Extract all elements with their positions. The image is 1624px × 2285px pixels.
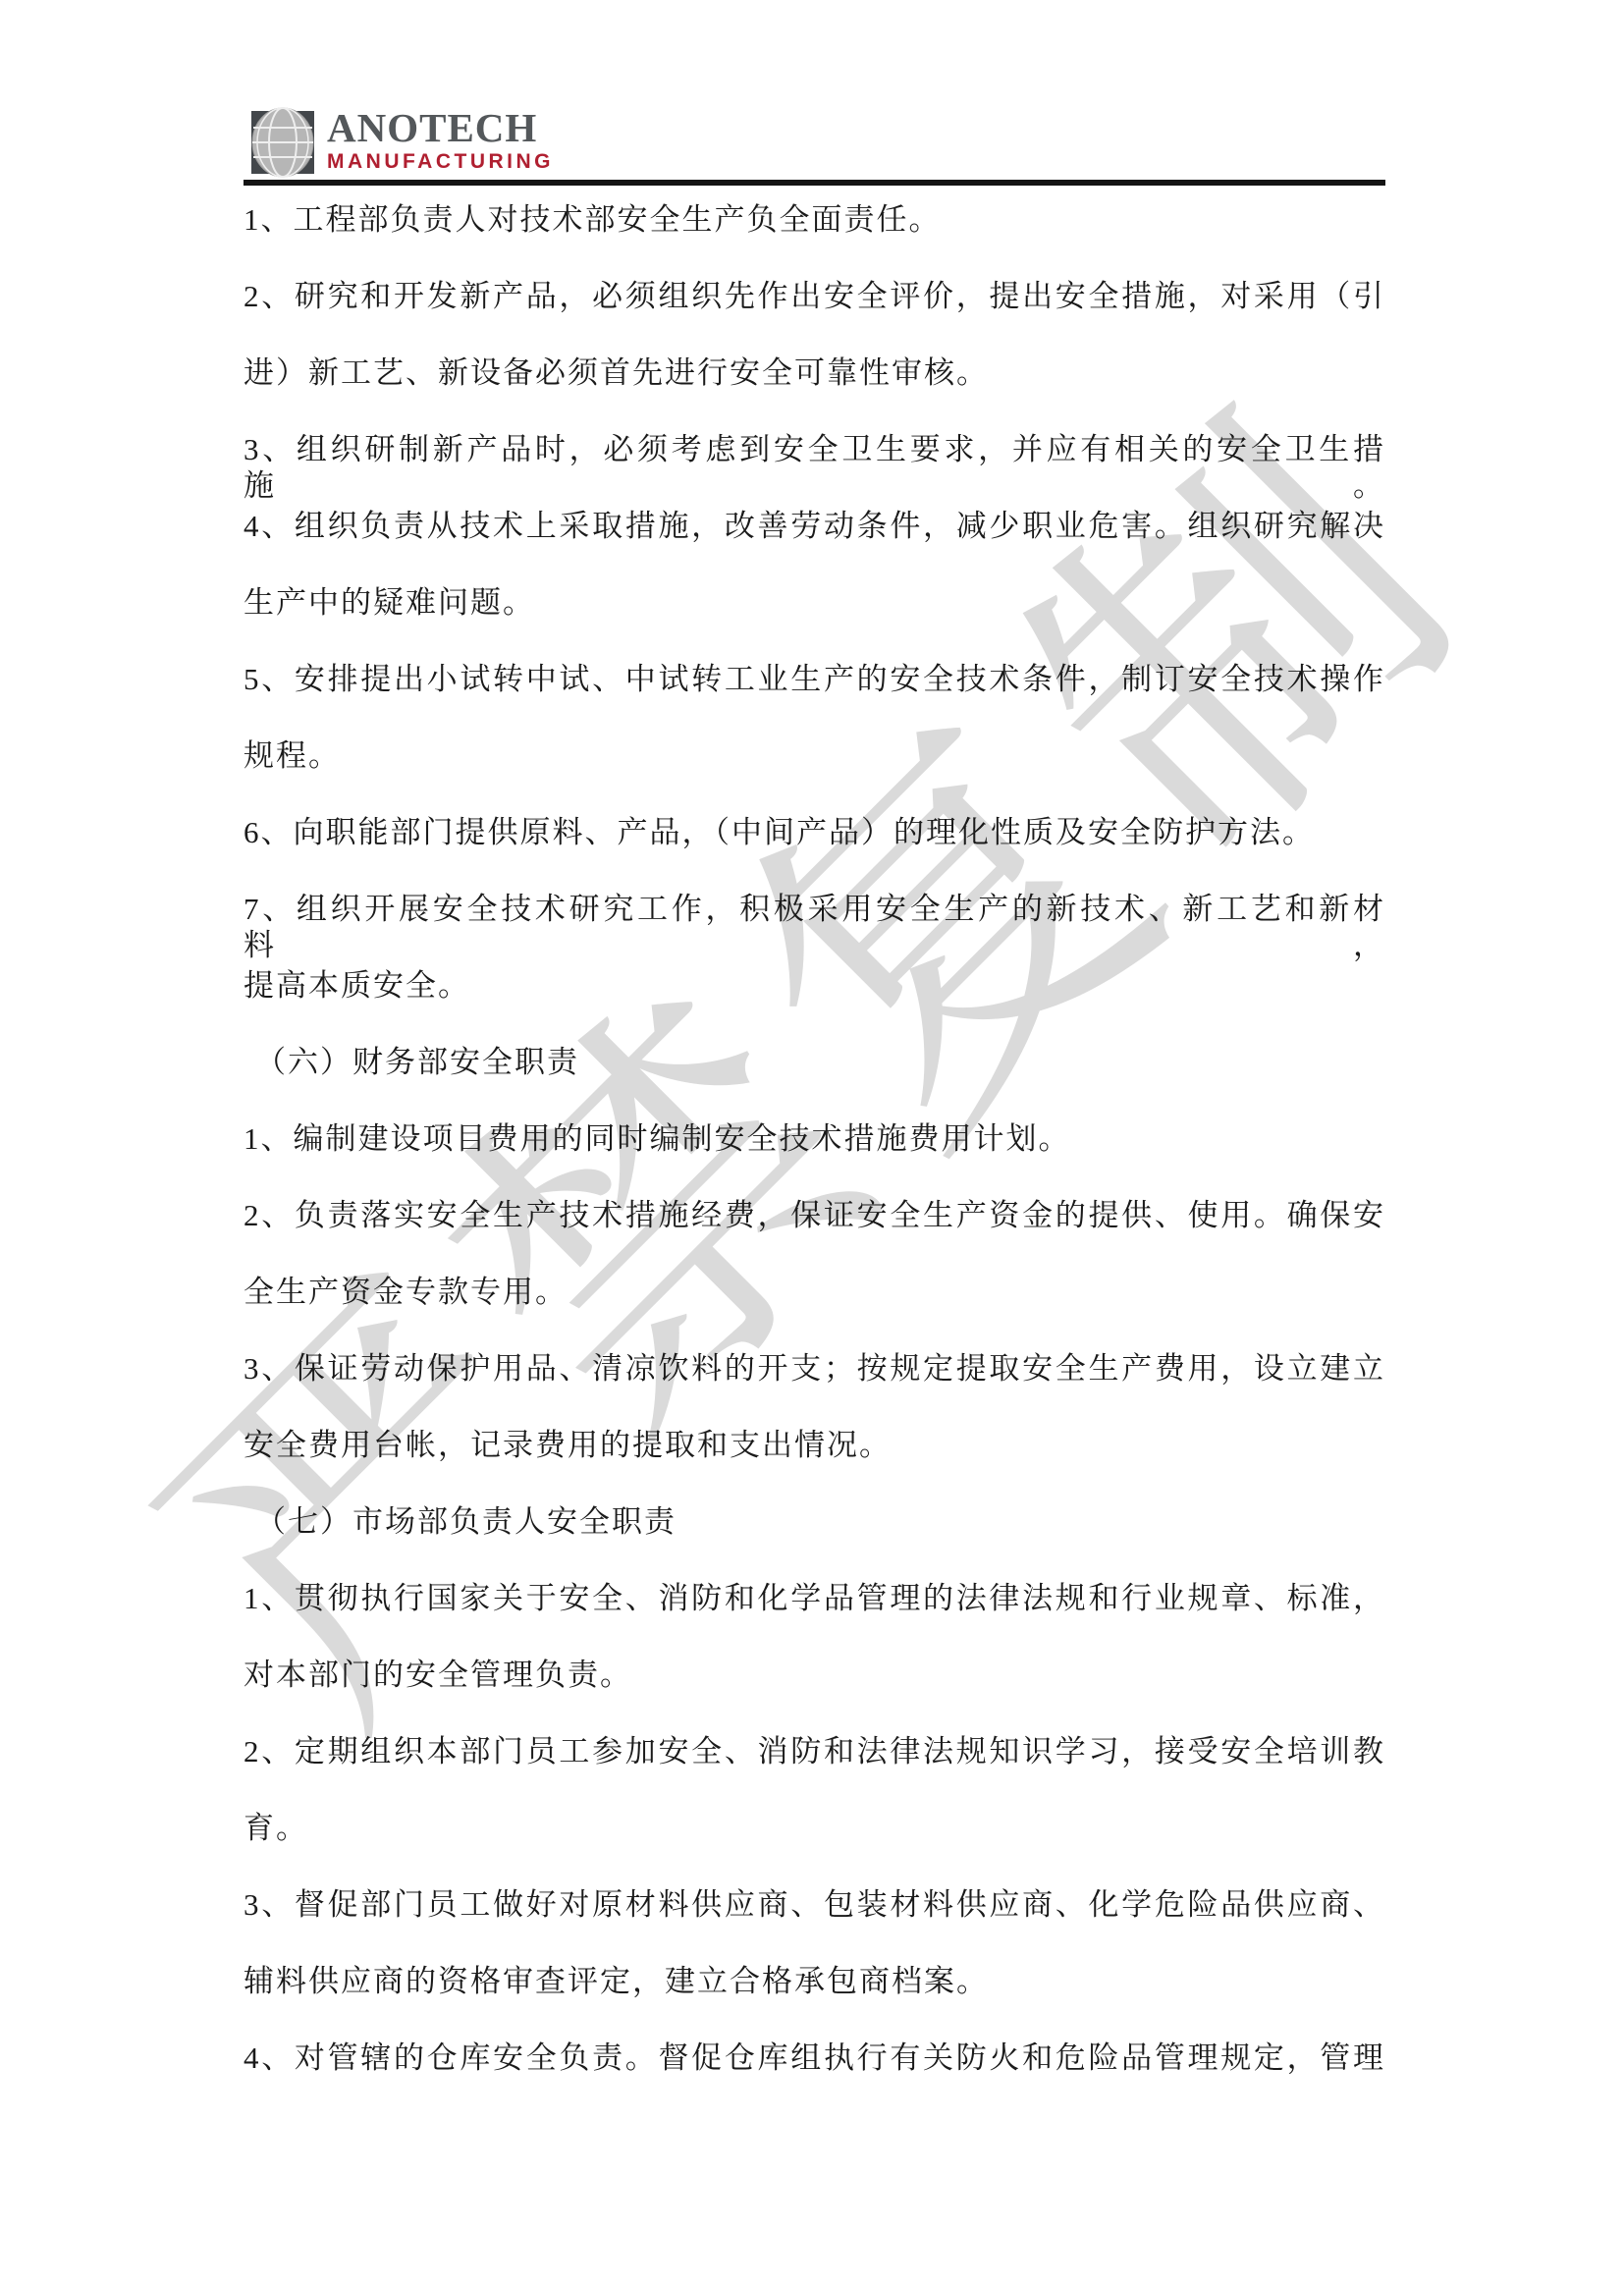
- document-line: 2、研究和开发新产品，必须组织先作出安全评价，提出安全措施，对采用（引: [244, 278, 1385, 354]
- document-line: （六）财务部安全职责: [244, 1044, 1385, 1120]
- document-body: 1、工程部负责人对技术部安全生产负全面责任。2、研究和开发新产品，必须组织先作出…: [244, 201, 1385, 2116]
- globe-grid-icon: [250, 106, 317, 179]
- document-line: 1、贯彻执行国家关于安全、消防和化学品管理的法律法规和行业规章、标准，: [244, 1580, 1385, 1657]
- document-line: 辅料供应商的资格审查评定，建立合格承包商档案。: [244, 1963, 1385, 2040]
- document-line: （七）市场部负责人安全职责: [244, 1503, 1385, 1580]
- document-line: 全生产资金专款专用。: [244, 1274, 1385, 1350]
- document-line: 生产中的疑难问题。: [244, 584, 1385, 661]
- document-line: 4、组织负责从技术上采取措施，改善劳动条件，减少职业危害。组织研究解决: [244, 508, 1385, 584]
- document-line: 7、组织开展安全技术研究工作，积极采用安全生产的新技术、新工艺和新材料，: [244, 891, 1385, 967]
- document-line: 育。: [244, 1810, 1385, 1886]
- logo-text: ANOTECH MANUFACTURING: [327, 106, 554, 174]
- document-line: 提高本质安全。: [244, 967, 1385, 1044]
- document-line: 安全费用台帐，记录费用的提取和支出情况。: [244, 1427, 1385, 1503]
- header-rule-divider: [244, 180, 1385, 186]
- document-line: 进）新工艺、新设备必须首先进行安全可靠性审核。: [244, 354, 1385, 431]
- document-line: 1、工程部负责人对技术部安全生产负全面责任。: [244, 201, 1385, 278]
- brand-name: ANOTECH: [327, 106, 554, 149]
- document-line: 3、组织研制新产品时，必须考虑到安全卫生要求，并应有相关的安全卫生措施。: [244, 431, 1385, 508]
- brand-tagline: MANUFACTURING: [327, 150, 554, 174]
- document-line: 对本部门的安全管理负责。: [244, 1657, 1385, 1733]
- document-line: 3、督促部门员工做好对原材料供应商、包装材料供应商、化学危险品供应商、: [244, 1886, 1385, 1963]
- document-page: 严禁复制 ANOTECH MANUFACTURING 1、工程部负责人对技术部安…: [0, 0, 1624, 2285]
- document-line: 3、保证劳动保护用品、清凉饮料的开支；按规定提取安全生产费用，设立建立: [244, 1350, 1385, 1427]
- document-line: 6、向职能部门提供原料、产品，（中间产品）的理化性质及安全防护方法。: [244, 814, 1385, 891]
- document-line: 1、编制建设项目费用的同时编制安全技术措施费用计划。: [244, 1120, 1385, 1197]
- header-logo: ANOTECH MANUFACTURING: [250, 106, 554, 179]
- document-line: 5、安排提出小试转中试、中试转工业生产的安全技术条件，制订安全技术操作: [244, 661, 1385, 737]
- document-line: 4、对管辖的仓库安全负责。督促仓库组执行有关防火和危险品管理规定，管理: [244, 2040, 1385, 2116]
- document-line: 2、负责落实安全生产技术措施经费，保证安全生产资金的提供、使用。确保安: [244, 1197, 1385, 1274]
- document-line: 2、定期组织本部门员工参加安全、消防和法律法规知识学习，接受安全培训教: [244, 1733, 1385, 1810]
- document-line: 规程。: [244, 737, 1385, 814]
